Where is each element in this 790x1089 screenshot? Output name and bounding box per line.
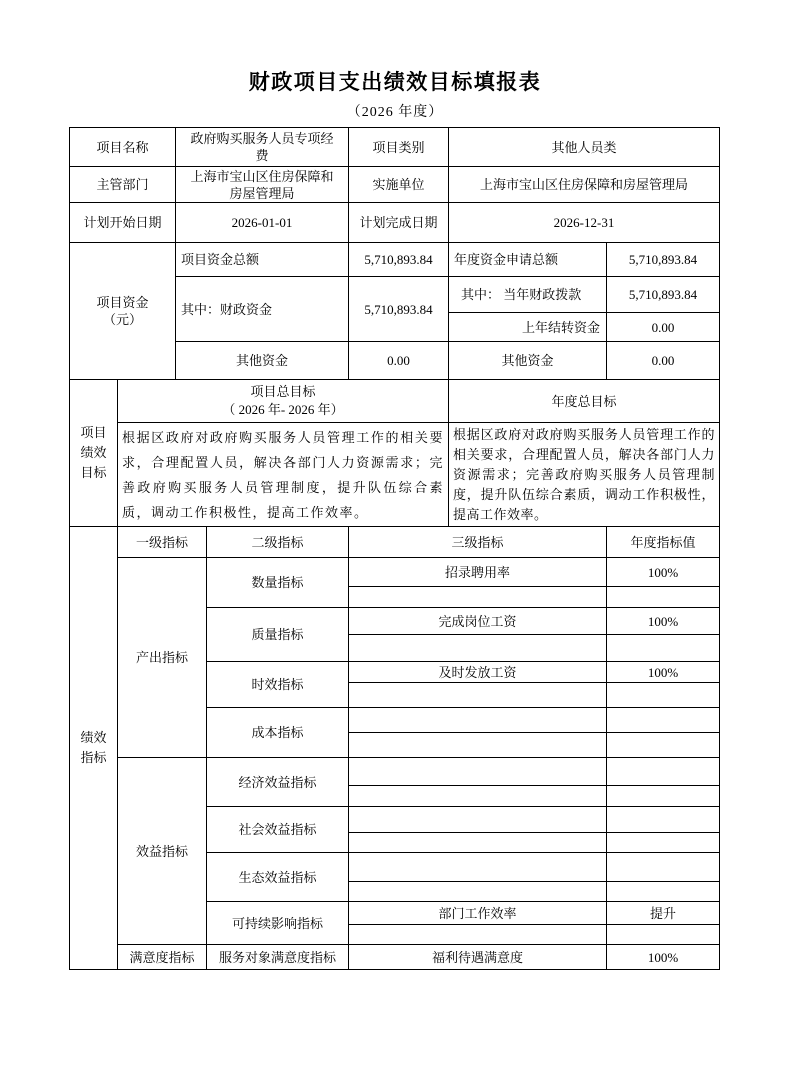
empty-l3-cell	[349, 733, 607, 758]
level2-quality: 质量指标	[207, 608, 349, 662]
level2-timeliness: 时效指标	[207, 662, 349, 708]
level2-sustainable: 可持续影响指标	[207, 902, 349, 945]
empty-l3-cell	[349, 807, 607, 833]
row-salary-timely-value: 100%	[607, 662, 720, 683]
empty-l3-cell	[349, 853, 607, 882]
empty-value-cell	[607, 758, 720, 786]
empty-value-cell	[607, 587, 720, 608]
funds-carryover-label: 上年结转资金	[449, 313, 607, 342]
row-salary-timely-l3: 及时发放工资	[349, 662, 607, 683]
empty-l3-cell	[349, 708, 607, 733]
funds-label-line1: 项目资金	[96, 294, 148, 311]
project-name-value: 政府购买服务人员专项经费	[176, 128, 349, 167]
overall-goal-header-line1: 项目总目标	[250, 383, 315, 401]
funds-total-value: 5,710,893.84	[349, 243, 449, 277]
empty-l3-cell	[349, 758, 607, 786]
empty-l3-cell	[349, 882, 607, 902]
header-annual-value: 年度指标值	[607, 527, 720, 558]
empty-value-cell	[607, 833, 720, 853]
competent-dept-label: 主管部门	[70, 167, 176, 203]
impl-unit-value: 上海市宝山区住房保障和房屋管理局	[449, 167, 720, 203]
funds-current-appropriation-label: 其中： 当年财政拨款	[449, 277, 607, 313]
row-salary-complete-l3: 完成岗位工资	[349, 608, 607, 635]
row-dept-efficiency-value: 提升	[607, 902, 720, 925]
empty-l3-cell	[349, 635, 607, 662]
empty-value-cell	[607, 853, 720, 882]
level1-satisfaction: 满意度指标	[118, 945, 207, 970]
overall-goal-header: 项目总目标 （ 2026 年- 2026 年）	[118, 380, 449, 423]
empty-value-cell	[607, 708, 720, 733]
row-recruit-l3: 招录聘用率	[349, 558, 607, 587]
form-page: 财政项目支出绩效目标填报表 （2026 年度） 项目名称 政府购买服务人员专项经…	[0, 0, 790, 1089]
header-level2: 二级指标	[207, 527, 349, 558]
level2-economic: 经济效益指标	[207, 758, 349, 807]
funds-label-line2: （元）	[103, 311, 142, 328]
row-welfare-value: 100%	[607, 945, 720, 970]
empty-l3-cell	[349, 786, 607, 807]
empty-l3-cell	[349, 925, 607, 945]
empty-value-cell	[607, 807, 720, 833]
empty-value-cell	[607, 683, 720, 708]
funds-annual-request-label: 年度资金申请总额	[449, 243, 607, 277]
level2-ecological: 生态效益指标	[207, 853, 349, 902]
header-level3: 三级指标	[349, 527, 607, 558]
row-salary-complete-value: 100%	[607, 608, 720, 635]
funds-fiscal-label: 其中：财政资金	[176, 277, 349, 342]
empty-value-cell	[607, 882, 720, 902]
level2-social: 社会效益指标	[207, 807, 349, 853]
finish-date-label: 计划完成日期	[349, 203, 449, 243]
header-level1: 一级指标	[118, 527, 207, 558]
overall-goal-header-line2: （ 2026 年- 2026 年）	[222, 401, 343, 419]
start-date-value: 2026-01-01	[176, 203, 349, 243]
project-name-label: 项目名称	[70, 128, 176, 167]
funds-section-label: 项目资金 （元）	[70, 243, 176, 380]
funds-current-appropriation-value: 5,710,893.84	[607, 277, 720, 313]
empty-l3-cell	[349, 683, 607, 708]
row-recruit-value: 100%	[607, 558, 720, 587]
finish-date-value: 2026-12-31	[449, 203, 720, 243]
annual-goal-text: 根据区政府对政府购买服务人员管理工作的相关要求，合理配置人员，解决各部门人力资源…	[449, 423, 720, 527]
goals-section-label: 项目绩效目标	[70, 380, 118, 527]
start-date-label: 计划开始日期	[70, 203, 176, 243]
empty-value-cell	[607, 635, 720, 662]
annual-goal-header: 年度总目标	[449, 380, 720, 423]
row-dept-efficiency-l3: 部门工作效率	[349, 902, 607, 925]
level2-service-satisfaction: 服务对象满意度指标	[207, 945, 349, 970]
level2-cost: 成本指标	[207, 708, 349, 758]
empty-l3-cell	[349, 833, 607, 853]
page-title: 财政项目支出绩效目标填报表	[0, 66, 790, 96]
funds-total-label: 项目资金总额	[176, 243, 349, 277]
page-subtitle: （2026 年度）	[0, 101, 790, 121]
project-category-label: 项目类别	[349, 128, 449, 167]
level1-benefit: 效益指标	[118, 758, 207, 945]
empty-value-cell	[607, 786, 720, 807]
level1-output: 产出指标	[118, 558, 207, 758]
funds-other-left-value: 0.00	[349, 342, 449, 380]
empty-value-cell	[607, 733, 720, 758]
competent-dept-value: 上海市宝山区住房保障和房屋管理局	[176, 167, 349, 203]
empty-l3-cell	[349, 587, 607, 608]
row-welfare-l3: 福利待遇满意度	[349, 945, 607, 970]
level2-quantity: 数量指标	[207, 558, 349, 608]
funds-other-left-label: 其他资金	[176, 342, 349, 380]
funds-fiscal-value: 5,710,893.84	[349, 277, 449, 342]
funds-carryover-value: 0.00	[607, 313, 720, 342]
funds-other-right-label: 其他资金	[449, 342, 607, 380]
funds-other-right-value: 0.00	[607, 342, 720, 380]
project-category-value: 其他人员类	[449, 128, 720, 167]
funds-annual-request-value: 5,710,893.84	[607, 243, 720, 277]
impl-unit-label: 实施单位	[349, 167, 449, 203]
indicators-section-label: 绩效指标	[70, 527, 118, 970]
empty-value-cell	[607, 925, 720, 945]
performance-target-table: 项目名称 政府购买服务人员专项经费 项目类别 其他人员类 主管部门 上海市宝山区…	[69, 127, 720, 970]
overall-goal-text: 根据区政府对政府购买服务人员管理工作的相关要求，合理配置人员，解决各部门人力资源…	[118, 423, 449, 527]
